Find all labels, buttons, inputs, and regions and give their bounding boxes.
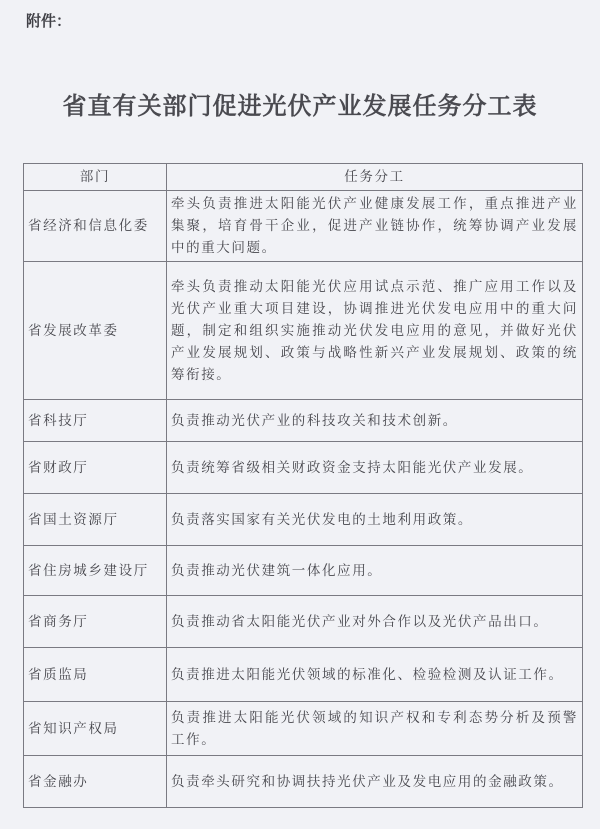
- task-cell: 负责牵头研究和协调扶持光伏产业及发电应用的金融政策。: [167, 756, 583, 808]
- department-cell: 省国土资源厅: [24, 494, 167, 546]
- task-cell: 负责推动省太阳能光伏产业对外合作以及光伏产品出口。: [167, 596, 583, 648]
- task-cell: 负责推动光伏建筑一体化应用。: [167, 546, 583, 596]
- header-task: 任务分工: [167, 164, 583, 191]
- header-department: 部门: [24, 164, 167, 191]
- task-cell: 牵头负责推动太阳能光伏应用试点示范、推广应用工作以及光伏产业重大项目建设，协调推…: [167, 262, 583, 400]
- department-cell: 省知识产权局: [24, 702, 167, 756]
- task-cell: 负责推进太阳能光伏领域的标准化、检验检测及认证工作。: [167, 648, 583, 702]
- table-row: 省金融办 负责牵头研究和协调扶持光伏产业及发电应用的金融政策。: [24, 756, 583, 808]
- department-cell: 省商务厅: [24, 596, 167, 648]
- document-title: 省直有关部门促进光伏产业发展任务分工表: [0, 86, 600, 121]
- table-row: 省质监局 负责推进太阳能光伏领域的标准化、检验检测及认证工作。: [24, 648, 583, 702]
- task-cell: 负责统筹省级相关财政资金支持太阳能光伏产业发展。: [167, 442, 583, 494]
- department-cell: 省科技厅: [24, 400, 167, 442]
- table-row: 省住房城乡建设厅 负责推动光伏建筑一体化应用。: [24, 546, 583, 596]
- attachment-label: 附件：: [26, 10, 71, 31]
- table-row: 省发展改革委 牵头负责推动太阳能光伏应用试点示范、推广应用工作以及光伏产业重大项…: [24, 262, 583, 400]
- department-cell: 省住房城乡建设厅: [24, 546, 167, 596]
- table-row: 省知识产权局 负责推进太阳能光伏领域的知识产权和专利态势分析及预警工作。: [24, 702, 583, 756]
- table-row: 省财政厅 负责统筹省级相关财政资金支持太阳能光伏产业发展。: [24, 442, 583, 494]
- table-row: 省商务厅 负责推动省太阳能光伏产业对外合作以及光伏产品出口。: [24, 596, 583, 648]
- task-cell: 牵头负责推进太阳能光伏产业健康发展工作，重点推进产业集聚，培育骨干企业，促进产业…: [167, 191, 583, 262]
- table-row: 省科技厅 负责推动光伏产业的科技攻关和技术创新。: [24, 400, 583, 442]
- department-cell: 省经济和信息化委: [24, 191, 167, 262]
- task-cell: 负责推进太阳能光伏领域的知识产权和专利态势分析及预警工作。: [167, 702, 583, 756]
- task-cell: 负责落实国家有关光伏发电的土地利用政策。: [167, 494, 583, 546]
- table-row: 省国土资源厅 负责落实国家有关光伏发电的土地利用政策。: [24, 494, 583, 546]
- task-cell: 负责推动光伏产业的科技攻关和技术创新。: [167, 400, 583, 442]
- task-division-table: 部门 任务分工 省经济和信息化委 牵头负责推进太阳能光伏产业健康发展工作，重点推…: [23, 163, 583, 808]
- department-cell: 省财政厅: [24, 442, 167, 494]
- department-cell: 省发展改革委: [24, 262, 167, 400]
- department-cell: 省质监局: [24, 648, 167, 702]
- table-header-row: 部门 任务分工: [24, 164, 583, 191]
- table-row: 省经济和信息化委 牵头负责推进太阳能光伏产业健康发展工作，重点推进产业集聚，培育…: [24, 191, 583, 262]
- department-cell: 省金融办: [24, 756, 167, 808]
